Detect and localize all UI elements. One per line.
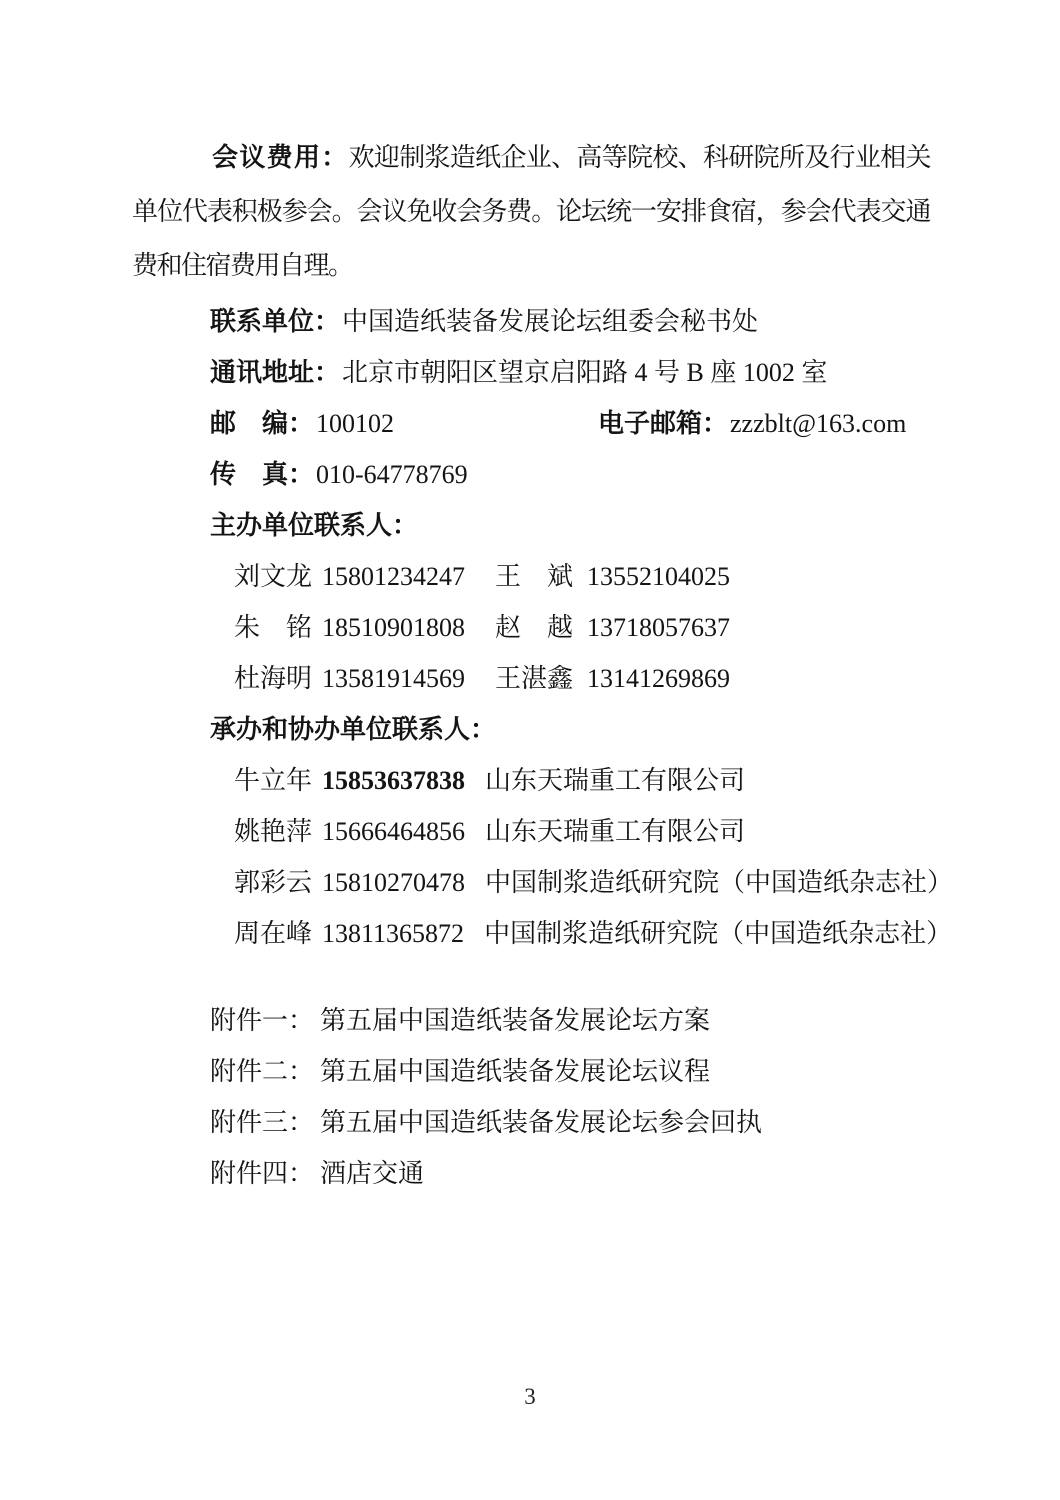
attachment-title: 第五届中国造纸装备发展论坛方案 (320, 1006, 710, 1035)
attachment-item: 附件一：第五届中国造纸装备发展论坛方案 (132, 995, 930, 1046)
fax-label: 传 真： (210, 460, 314, 489)
page-number: 3 (0, 1384, 1060, 1410)
host-contact-row: 朱 铭18510901808赵 越13718057637 (132, 602, 930, 653)
contact-name: 刘文龙 (234, 562, 312, 591)
attachment-label: 附件三： (210, 1108, 314, 1137)
contact-phone: 13552104025 (587, 562, 730, 591)
attachment-title: 第五届中国造纸装备发展论坛议程 (320, 1057, 710, 1086)
contact-organization: 中国制浆造纸研究院（中国造纸杂志社） (484, 919, 952, 948)
postcode-label: 邮 编： (210, 409, 314, 438)
contact-phone: 13718057637 (587, 613, 730, 642)
conference-fee-label: 会议费用： (212, 143, 349, 172)
contact-name: 郭彩云 (234, 868, 312, 897)
contact-organization: 中国制浆造纸研究院（中国造纸杂志社） (485, 868, 953, 897)
address-value: 北京市朝阳区望京启阳路 4 号 B 座 1002 室 (342, 358, 827, 387)
contact-phone: 13581914569 (322, 664, 465, 693)
fax-row: 传 真：010-64778769 (132, 449, 930, 500)
postcode-group: 邮 编：100102 (210, 398, 598, 449)
organizer-contact-row: 牛立年15853637838山东天瑞重工有限公司 (132, 755, 930, 806)
attachment-title: 第五届中国造纸装备发展论坛参会回执 (320, 1108, 762, 1137)
conference-fee-paragraph: 会议费用：欢迎制浆造纸企业、高等院校、科研院所及行业相关单位代表积极参会。会议免… (132, 131, 930, 296)
organizer-contact-row: 姚艳萍15666464856山东天瑞重工有限公司 (132, 806, 930, 857)
contact-organization: 山东天瑞重工有限公司 (485, 817, 745, 846)
document-page: 会议费用：欢迎制浆造纸企业、高等院校、科研院所及行业相关单位代表积极参会。会议免… (0, 0, 1060, 1500)
address-row: 通讯地址：北京市朝阳区望京启阳路 4 号 B 座 1002 室 (132, 347, 930, 398)
contact-name: 朱 铭 (234, 613, 312, 642)
contact-phone: 15810270478 (322, 868, 465, 897)
fax-value: 010-64778769 (316, 460, 468, 489)
contact-phone: 15801234247 (322, 562, 465, 591)
attachment-item: 附件二：第五届中国造纸装备发展论坛议程 (132, 1046, 930, 1097)
attachment-label: 附件一： (210, 1006, 314, 1035)
contact-name: 王 斌 (495, 562, 573, 591)
organizer-contact-row: 郭彩云15810270478中国制浆造纸研究院（中国造纸杂志社） (132, 857, 930, 908)
host-contact-row: 刘文龙15801234247王 斌13552104025 (132, 551, 930, 602)
email-value: zzzblt@163.com (730, 409, 906, 438)
host-contacts-header: 主办单位联系人： (132, 500, 930, 551)
attachments-list: 附件一：第五届中国造纸装备发展论坛方案 附件二：第五届中国造纸装备发展论坛议程 … (132, 995, 930, 1199)
contact-phone: 13141269869 (587, 664, 730, 693)
contact-phone: 18510901808 (322, 613, 465, 642)
attachment-title: 酒店交通 (320, 1159, 424, 1188)
contact-organization: 山东天瑞重工有限公司 (485, 766, 745, 795)
contact-phone: 15666464856 (322, 817, 465, 846)
contact-name: 王湛鑫 (495, 664, 573, 693)
host-contact-row: 杜海明13581914569王湛鑫13141269869 (132, 653, 930, 704)
attachment-label: 附件二： (210, 1057, 314, 1086)
contact-name: 周在峰 (234, 919, 312, 948)
postcode-email-row: 邮 编：100102电子邮箱：zzzblt@163.com (132, 398, 930, 449)
contact-unit-value: 中国造纸装备发展论坛组委会秘书处 (342, 307, 758, 336)
organizer-contact-row: 周在峰13811365872中国制浆造纸研究院（中国造纸杂志社） (132, 908, 930, 959)
contact-name: 姚艳萍 (234, 817, 312, 846)
address-label: 通讯地址： (210, 358, 340, 387)
email-label: 电子邮箱： (598, 409, 728, 438)
contact-name: 杜海明 (234, 664, 312, 693)
contact-phone: 13811365872 (322, 919, 464, 948)
contact-name: 牛立年 (234, 766, 312, 795)
attachment-item: 附件四：酒店交通 (132, 1148, 930, 1199)
document-content: 会议费用：欢迎制浆造纸企业、高等院校、科研院所及行业相关单位代表积极参会。会议免… (132, 131, 930, 1199)
contact-unit-row: 联系单位：中国造纸装备发展论坛组委会秘书处 (132, 296, 930, 347)
contact-unit-label: 联系单位： (210, 307, 340, 336)
attachment-label: 附件四： (210, 1159, 314, 1188)
organizer-contacts-header: 承办和协办单位联系人： (132, 704, 930, 755)
contact-phone: 15853637838 (322, 766, 465, 795)
attachment-item: 附件三：第五届中国造纸装备发展论坛参会回执 (132, 1097, 930, 1148)
contact-name: 赵 越 (495, 613, 573, 642)
postcode-value: 100102 (316, 409, 394, 438)
